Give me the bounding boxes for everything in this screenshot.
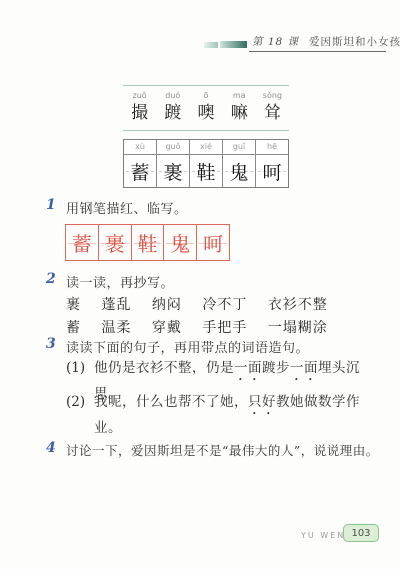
page-number: 103 [351, 528, 370, 539]
character-cell: 鬼 [223, 155, 255, 187]
pinyin: xù [124, 140, 156, 155]
lesson-number: 第 18 课 [252, 34, 299, 49]
word: 纳闷 [152, 297, 182, 313]
grid-cell: guǒ 裹 [156, 140, 189, 187]
character-cell: 蓄 [124, 155, 156, 187]
character: 蓄 [130, 158, 149, 185]
character: 裹 [163, 158, 182, 185]
pinyin: zuǒ [123, 90, 156, 102]
pinyin: ō [189, 90, 222, 102]
text-segment: 踱步 [262, 360, 290, 376]
header-accent-bar-large [220, 41, 247, 48]
character-cell: 鞋 [190, 155, 222, 187]
character: 撮 [123, 102, 156, 124]
grid-cell: xié 鞋 [189, 140, 222, 187]
trace-character: 呵 [203, 228, 223, 257]
lesson-title: 爱因斯坦和小女孩 [309, 34, 400, 49]
sentence-text: 我呢，什么也帮不了她，只好教她做数学作业。 [94, 392, 374, 438]
question-3-prompt: 读读下面的句子，再用带点的词语造句。 [66, 337, 309, 356]
sentence-label: (2) [66, 392, 94, 438]
header-rule [249, 51, 386, 52]
vocab-writing-grid: xù 蓄 guǒ 裹 xié 鞋 guǐ 鬼 hē 呵 [123, 139, 289, 188]
trace-character: 裹 [105, 228, 125, 257]
word: 衣衫不整 [268, 297, 328, 313]
grid-cell: guǐ 鬼 [222, 140, 255, 187]
emphasized-word: 一面 [290, 360, 318, 376]
vocab-item: ma 嘛 [223, 90, 256, 124]
tracing-cell: 鬼 [163, 225, 196, 260]
page-header: 第 18 课 爱因斯坦和小女孩 [252, 34, 386, 49]
footer-subject-label: YU WEN [301, 531, 345, 540]
vocab-item: sǒng 耸 [256, 90, 289, 124]
question-1-number: 1 [46, 197, 62, 213]
tracing-cell: 呵 [196, 225, 229, 260]
pinyin: ma [223, 90, 256, 102]
question-3-number: 3 [46, 336, 62, 352]
character: 踱 [156, 102, 189, 124]
word: 穿戴 [152, 320, 182, 336]
tracing-cell: 裹 [98, 225, 131, 260]
header-accent-bar-small [204, 42, 218, 48]
question-2-prompt: 读一读，再抄写。 [66, 272, 174, 291]
trace-character: 鞋 [137, 228, 157, 257]
word: 手把手 [202, 320, 247, 336]
question-2-number: 2 [46, 271, 62, 287]
character: 噢 [189, 102, 222, 124]
pinyin: guǒ [157, 140, 189, 155]
character: 耸 [256, 102, 289, 124]
trace-character: 鬼 [170, 228, 190, 257]
question-4-number: 4 [46, 440, 62, 456]
page-number-badge: 103 [343, 524, 379, 542]
word: 冷不丁 [202, 297, 247, 313]
text-segment: 他仍是衣衫不整，仍是 [94, 360, 234, 376]
word-row-2: 蓄 温柔 穿戴 手把手 一塌糊涂 [66, 317, 343, 337]
textbook-page: 第 18 课 爱因斯坦和小女孩 zuǒ 撮 duó 踱 ō 噢 ma 嘛 sǒn… [0, 0, 400, 569]
vocab-item: duó 踱 [156, 90, 189, 124]
word: 蓄 [66, 320, 81, 336]
vocab-pinyin-line: zuǒ 撮 duó 踱 ō 噢 ma 嘛 sǒng 耸 [123, 85, 289, 131]
grid-cell: hē 呵 [255, 140, 288, 187]
word: 蓬乱 [101, 297, 131, 313]
pinyin: guǐ [223, 140, 255, 155]
pinyin: hē [256, 140, 288, 155]
tracing-cell: 鞋 [131, 225, 164, 260]
word: 一塌糊涂 [268, 320, 328, 336]
word: 温柔 [101, 320, 131, 336]
character: 呵 [262, 158, 281, 185]
character-cell: 呵 [256, 155, 288, 187]
pinyin: sǒng [256, 90, 289, 102]
trace-character: 蓄 [72, 228, 92, 257]
tracing-grid: 蓄 裹 鞋 鬼 呵 [65, 224, 230, 261]
character: 鬼 [229, 158, 248, 185]
pinyin: xié [190, 140, 222, 155]
question-1-prompt: 用钢笔描红、临写。 [66, 198, 188, 217]
tracing-cell: 蓄 [66, 225, 98, 260]
text-segment: 我呢，什么也帮不了她， [94, 394, 248, 410]
sentence-2: (2) 我呢，什么也帮不了她，只好教她做数学作业。 [66, 392, 374, 438]
character: 嘛 [223, 102, 256, 124]
grid-cell: xù 蓄 [124, 140, 156, 187]
word: 裹 [66, 297, 81, 313]
character-cell: 裹 [157, 155, 189, 187]
character: 鞋 [196, 158, 215, 185]
word-row-1: 裹 蓬乱 纳闷 冷不丁 衣衫不整 [66, 294, 343, 314]
question-4-prompt: 讨论一下，爱因斯坦是不是“最伟大的人”，说说理由。 [66, 441, 386, 459]
emphasized-word: 只好 [248, 394, 276, 410]
vocab-item: zuǒ 撮 [123, 90, 156, 124]
vocab-item: ō 噢 [189, 90, 222, 124]
pinyin: duó [156, 90, 189, 102]
emphasized-word: 一面 [234, 360, 262, 376]
